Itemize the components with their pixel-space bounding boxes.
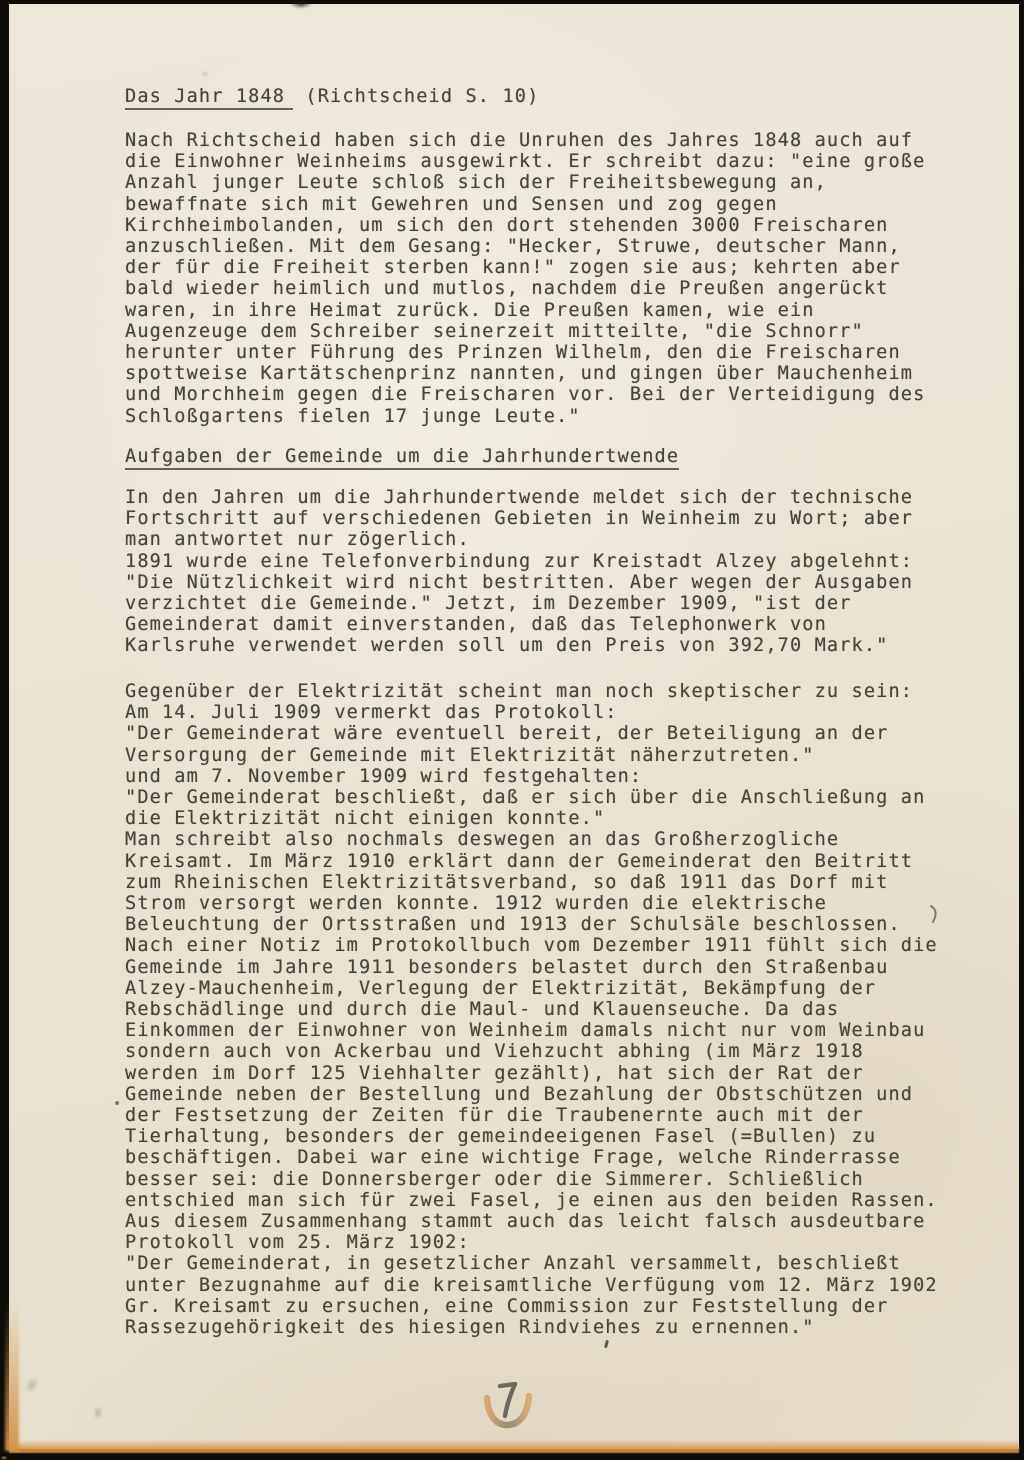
text-line: "Die Nützlichkeit wird nicht bestritten.… (125, 572, 913, 593)
text-line: bewaffnate sich mit Gewehren und Sensen … (125, 194, 925, 215)
text-line: Kreisamt. Im März 1910 erklärt dann der … (125, 851, 938, 872)
text-line: Gemeinderat damit einverstanden, daß das… (125, 614, 913, 635)
heading1-source-reference: (Richtscheid S. 10) (293, 86, 539, 107)
text-line: Gr. Kreisamt zu ersuchen, eine Commissio… (125, 1296, 938, 1317)
text-line: und Morchheim gegen die Freischaren vor.… (125, 384, 925, 405)
text-line: spottweise Kartätschenprinz nannten, und… (125, 363, 925, 384)
text-line: zum Rheinischen Elektrizitätsverband, so… (125, 872, 938, 893)
paragraph-1848-events: Nach Richtscheid haben sich die Unruhen … (125, 130, 925, 427)
text-line: "Der Gemeinderat beschließt, daß er sich… (125, 787, 938, 808)
text-line: "Der Gemeinderat wäre eventuell bereit, … (125, 723, 938, 744)
heading-das-jahr-1848: Das Jahr 1848 (Richtscheid S. 10) (125, 86, 539, 107)
text-line: Anzahl junger Leute schloß sich der Frei… (125, 172, 925, 193)
text-line: Beleuchtung der Ortsstraßen und 1913 der… (125, 914, 938, 935)
text-line: die Elektrizität nicht einigen konnte." (125, 808, 938, 829)
text-line: Tierhaltung, besonders der gemeindeeigen… (125, 1126, 938, 1147)
text-line: besser sei: die Donnersberger oder die S… (125, 1169, 938, 1190)
text-line: Fortschritt auf verschiedenen Gebieten i… (125, 508, 913, 529)
text-line: bald wieder heimlich und mutlos, nachdem… (125, 278, 925, 299)
paragraph-elektrizitaet-und-tierhaltung: Gegenüber der Elektrizität scheint man n… (125, 681, 938, 1338)
aged-bottom-edge (9, 1440, 1019, 1453)
text-line: waren, in ihre Heimat zurück. Die Preuße… (125, 300, 925, 321)
stray-dot-mark (115, 1101, 119, 1105)
text-line: beschäftigen. Dabei war eine wichtige Fr… (125, 1147, 938, 1168)
text-line: Gemeinde neben der Bestellung und Bezahl… (125, 1084, 938, 1105)
text-line: Alzey-Mauchenheim, Verlegung der Elektri… (125, 978, 938, 999)
text-line: und am 7. November 1909 wird festgehalte… (125, 766, 938, 787)
heading1-underlined-text: Das Jahr 1848 (125, 86, 293, 110)
paragraph-technischer-fortschritt: In den Jahren um die Jahrhundertwende me… (125, 487, 913, 657)
text-line: entschied man sich für zwei Fasel, je ei… (125, 1190, 938, 1211)
text-line: sondern auch von Ackerbau und Viehzucht … (125, 1041, 938, 1062)
aged-left-edge (5, 1301, 19, 1451)
text-line: verzichtet die Gemeinde." Jetzt, im Deze… (125, 593, 913, 614)
text-line: der Festsetzung der Zeiten für die Traub… (125, 1105, 938, 1126)
text-line: Karlsruhe verwendet werden soll um den P… (125, 635, 913, 656)
text-line: unter Bezugnahme auf die kreisamtliche V… (125, 1275, 938, 1296)
text-line: 1891 wurde eine Telefonverbindung zur Kr… (125, 551, 913, 572)
scan-smudge-top (286, 0, 316, 10)
page-number-seven-glyph (500, 1384, 515, 1416)
text-line: Aus diesem Zusammenhang stammt auch das … (125, 1211, 938, 1232)
text-line: Nach einer Notiz im Protokollbuch vom De… (125, 935, 938, 956)
text-line: Versorgung der Gemeinde mit Elektrizität… (125, 745, 938, 766)
text-line: Rebschädlinge und durch die Maul- und Kl… (125, 999, 938, 1020)
text-line: Nach Richtscheid haben sich die Unruhen … (125, 130, 925, 151)
text-line: herunter unter Führung des Prinzen Wilhe… (125, 342, 925, 363)
aged-corner (0, 1438, 20, 1460)
text-line: Schloßgartens fielen 17 junge Leute." (125, 406, 925, 427)
text-line: Rassezugehörigkeit des hiesigen Rindvieh… (125, 1317, 938, 1338)
text-line: In den Jahren um die Jahrhundertwende me… (125, 487, 913, 508)
text-line: anzuschließen. Mit dem Gesang: "Hecker, … (125, 236, 925, 257)
text-line: die Einwohner Weinheims ausgewirkt. Er s… (125, 151, 925, 172)
page-number: 7 (478, 1378, 538, 1436)
text-line: Kirchheimbolanden, um sich den dort steh… (125, 215, 925, 236)
scan-smudge-faint (200, 70, 210, 78)
text-line: werden im Dorf 125 Viehhalter gezählt), … (125, 1063, 938, 1084)
scan-smudge-bottom-left-2 (92, 1404, 104, 1422)
text-line: "Der Gemeinderat, in gesetzlicher Anzahl… (125, 1253, 938, 1274)
text-line: der für die Freiheit sterben kann!" zoge… (125, 257, 925, 278)
text-line: Augenzeuge dem Schreiber seinerzeit mitt… (125, 321, 925, 342)
text-line: Am 14. Juli 1909 vermerkt das Protokoll: (125, 702, 938, 723)
scanned-document-page: Das Jahr 1848 (Richtscheid S. 10) Nach R… (0, 0, 1024, 1460)
text-line: Einkommen der Einwohner von Weinheim dam… (125, 1020, 938, 1041)
text-line: Protokoll vom 25. März 1902: (125, 1232, 938, 1253)
heading2-underlined-text: Aufgaben der Gemeinde um die Jahrhundert… (125, 446, 679, 470)
text-line: Strom versorgt werden konnte. 1912 wurde… (125, 893, 938, 914)
heading-aufgaben-der-gemeinde: Aufgaben der Gemeinde um die Jahrhundert… (125, 446, 679, 467)
text-line: Gegenüber der Elektrizität scheint man n… (125, 681, 938, 702)
text-line: Man schreibt also nochmals deswegen an d… (125, 829, 938, 850)
text-line: Gemeinde im Jahre 1911 besonders belaste… (125, 957, 938, 978)
text-line: man antwortet nur zögerlich. (125, 529, 913, 550)
